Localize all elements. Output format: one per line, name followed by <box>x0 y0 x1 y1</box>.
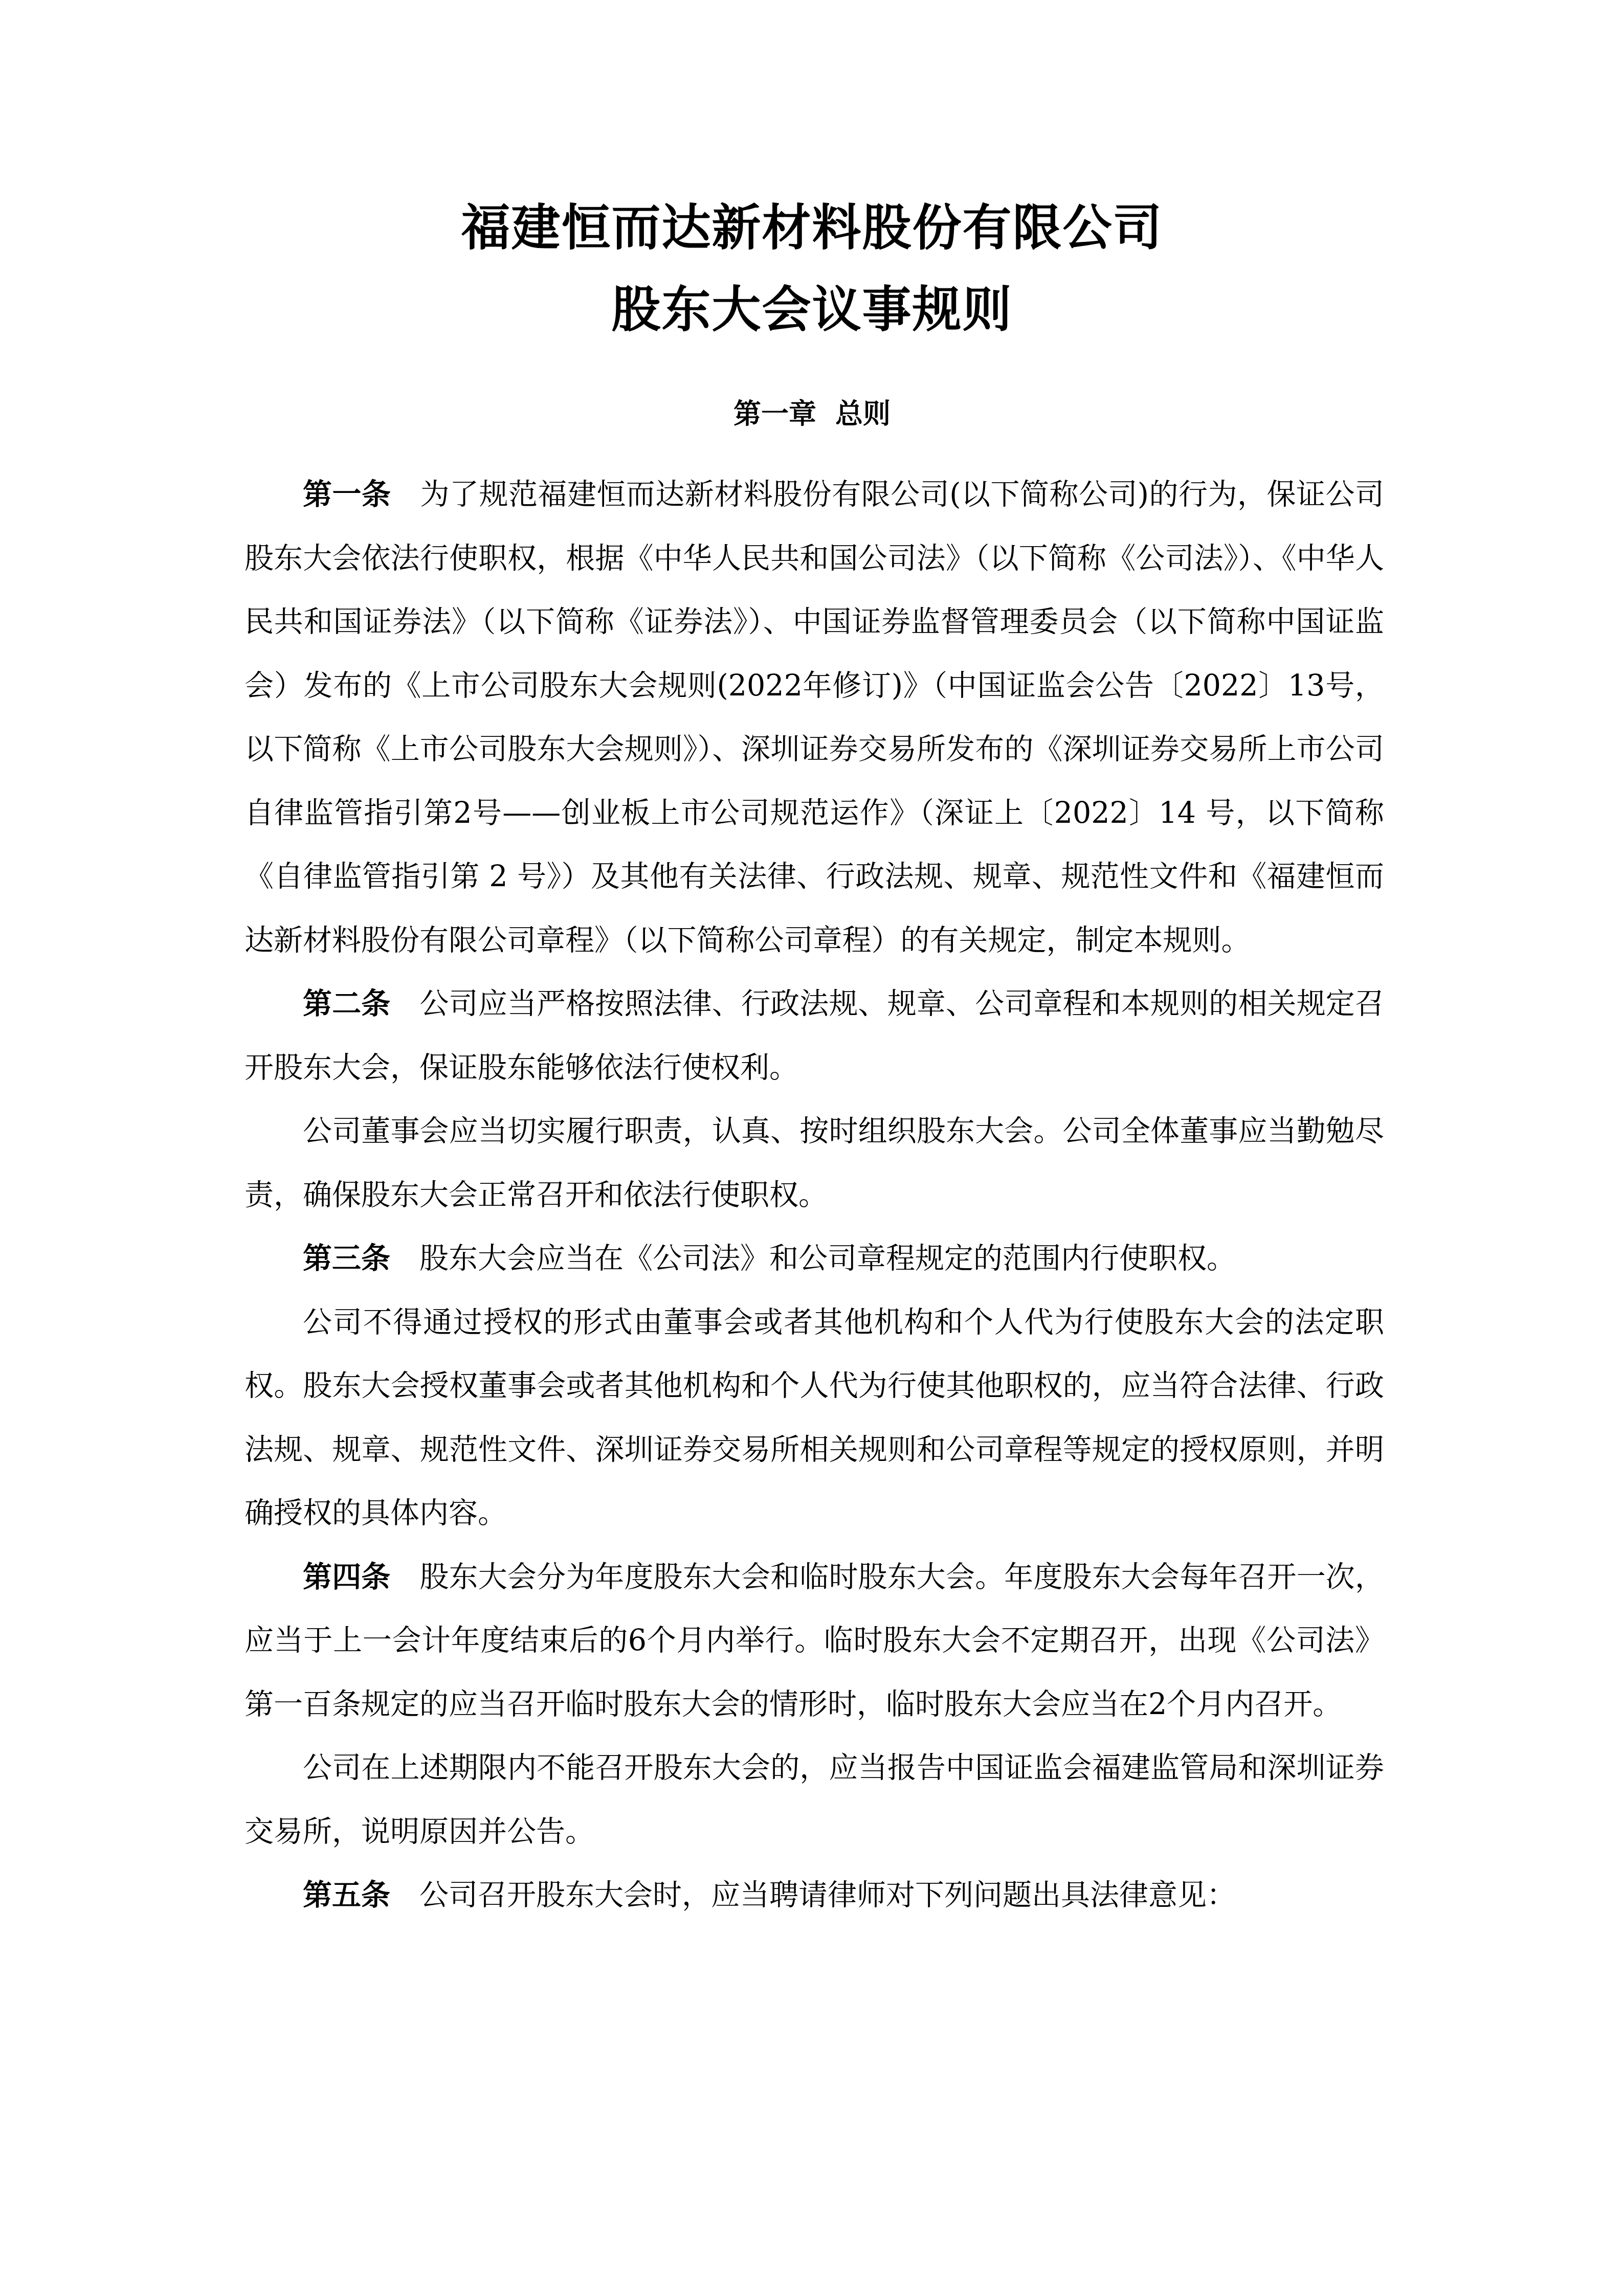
article-number: 第五条 <box>303 1878 390 1912</box>
article-text: 公司召开股东大会时，应当聘请律师对下列问题出具法律意见： <box>419 1878 1236 1912</box>
article-4: 第四条股东大会分为年度股东大会和临时股东大会。年度股东大会每年召开一次，应当于上… <box>244 1545 1384 1737</box>
paragraph-text: 公司董事会应当切实履行职责，认真、按时组织股东大会。公司全体董事应当勤勉尽责，确… <box>244 1114 1384 1212</box>
article-text: 为了规范福建恒而达新材料股份有限公司(以下简称公司)的行为，保证公司股东大会依法… <box>244 478 1384 957</box>
article-number: 第三条 <box>303 1242 390 1275</box>
chapter-name: 总则 <box>835 398 891 430</box>
article-1: 第一条为了规范福建恒而达新材料股份有限公司(以下简称公司)的行为，保证公司股东大… <box>244 463 1384 972</box>
article-2: 第二条公司应当严格按照法律、行政法规、规章、公司章程和本规则的相关规定召开股东大… <box>244 972 1384 1099</box>
article-2-paragraph-2: 公司董事会应当切实履行职责，认真、按时组织股东大会。公司全体董事应当勤勉尽责，确… <box>244 1099 1384 1227</box>
article-3: 第三条股东大会应当在《公司法》和公司章程规定的范围内行使职权。 <box>244 1227 1384 1291</box>
paragraph-text: 公司在上述期限内不能召开股东大会的，应当报告中国证监会福建监管局和深圳证券交易所… <box>244 1751 1384 1849</box>
article-number: 第四条 <box>303 1560 390 1594</box>
article-text: 股东大会分为年度股东大会和临时股东大会。年度股东大会每年召开一次，应当于上一会计… <box>244 1560 1384 1721</box>
article-number: 第一条 <box>303 478 391 511</box>
paragraph-text: 公司不得通过授权的形式由董事会或者其他机构和个人代为行使股东大会的法定职权。股东… <box>244 1305 1384 1530</box>
article-5: 第五条公司召开股东大会时，应当聘请律师对下列问题出具法律意见： <box>244 1863 1384 1927</box>
chapter-number: 第一章 <box>733 398 816 430</box>
document-title-rules: 股东大会议事规则 <box>0 268 1624 350</box>
chapter-heading: 第一章 总则 <box>0 394 1624 435</box>
article-text: 公司应当严格按照法律、行政法规、规章、公司章程和本规则的相关规定召开股东大会，保… <box>244 987 1384 1085</box>
article-4-paragraph-2: 公司在上述期限内不能召开股东大会的，应当报告中国证监会福建监管局和深圳证券交易所… <box>244 1736 1384 1863</box>
document-page: 福建恒而达新材料股份有限公司 股东大会议事规则 第一章 总则 第一条为了规范福建… <box>0 0 1624 2296</box>
document-body: 第一条为了规范福建恒而达新材料股份有限公司(以下简称公司)的行为，保证公司股东大… <box>244 463 1384 1927</box>
article-text: 股东大会应当在《公司法》和公司章程规定的范围内行使职权。 <box>419 1242 1236 1275</box>
article-3-paragraph-2: 公司不得通过授权的形式由董事会或者其他机构和个人代为行使股东大会的法定职权。股东… <box>244 1291 1384 1545</box>
document-title-company: 福建恒而达新材料股份有限公司 <box>0 187 1624 268</box>
article-number: 第二条 <box>303 987 390 1021</box>
